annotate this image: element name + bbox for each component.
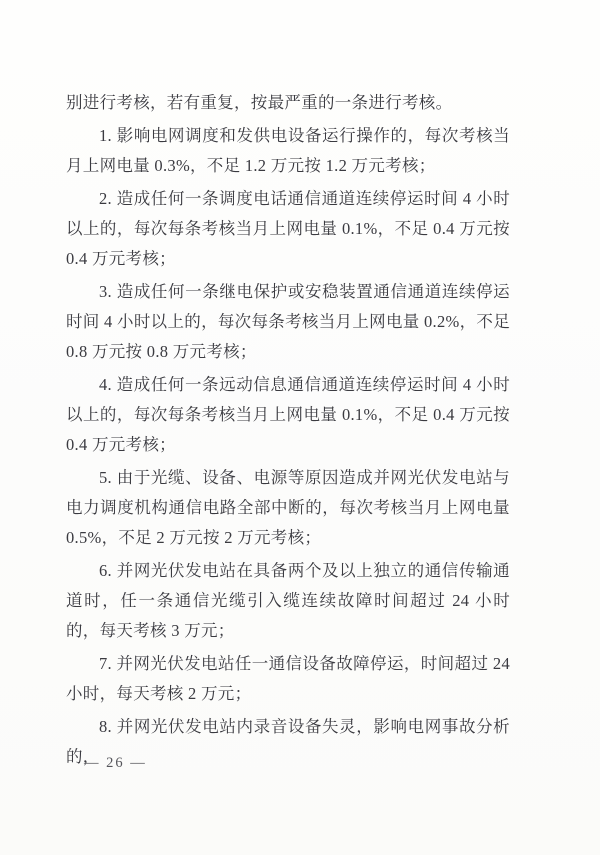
list-item-4: 4. 造成任何一条远动信息通信通道连续停运时间 4 小时以上的，每次每条考核当月…	[66, 370, 510, 460]
page-number: — 26 —	[84, 755, 147, 772]
document-page: 别进行考核，若有重复，按最严重的一条进行考核。 1. 影响电网调度和发供电设备运…	[0, 0, 600, 855]
list-item-1: 1. 影响电网调度和发供电设备运行操作的，每次考核当月上网电量 0.3%，不足 …	[66, 121, 510, 181]
list-item-2: 2. 造成任何一条调度电话通信通道连续停运时间 4 小时以上的，每次每条考核当月…	[66, 184, 510, 274]
list-item-7: 7. 并网光伏发电站任一通信设备故障停运，时间超过 24 小时，每天考核 2 万…	[66, 649, 510, 709]
paragraph-continuation: 别进行考核，若有重复，按最严重的一条进行考核。	[66, 88, 510, 118]
page-body: 别进行考核，若有重复，按最严重的一条进行考核。 1. 影响电网调度和发供电设备运…	[66, 88, 510, 775]
list-item-6: 6. 并网光伏发电站在具备两个及以上独立的通信传输通道时，任一条通信光缆引入缆连…	[66, 556, 510, 646]
list-item-5: 5. 由于光缆、设备、电源等原因造成并网光伏发电站与电力调度机构通信电路全部中断…	[66, 463, 510, 553]
list-item-3: 3. 造成任何一条继电保护或安稳装置通信通道连续停运时间 4 小时以上的，每次每…	[66, 277, 510, 367]
